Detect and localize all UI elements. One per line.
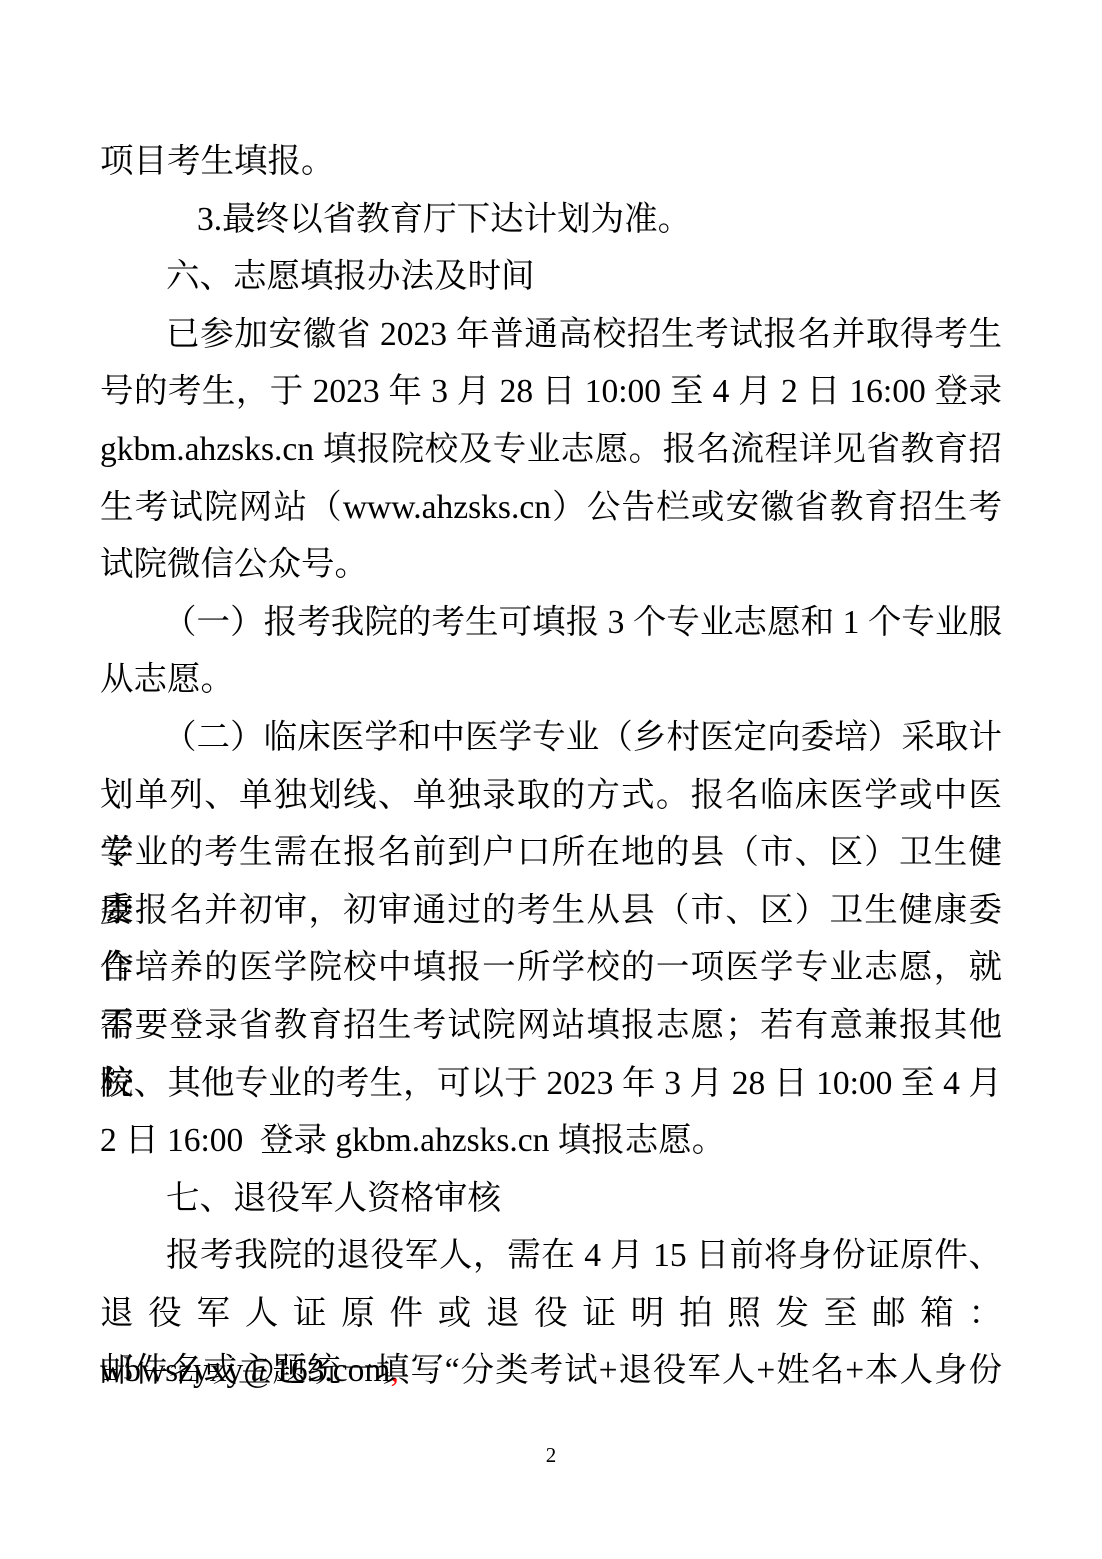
text-line-6: gkbm.ahzsks.cn 填报院校及专业志愿。报名流程详见省教育招	[100, 421, 1002, 479]
text-line-1: 项目考生填报。	[100, 133, 1002, 191]
text-run: 号的考生，于 2023 年 3 月 28 日 10:00 至 4 月 2 日 1…	[100, 373, 1002, 410]
text-line-7: 生考试院网站（www.ahzsks.cn）公告栏或安徽省教育招生考	[100, 479, 1002, 537]
text-run: 校、其他专业的考生，可以于 2023 年 3 月 28 日 10:00 至 4 …	[100, 1065, 1002, 1102]
text-run: 报考我院的退役军人，需在 4 月 15 日前将身份证原件、	[166, 1237, 1002, 1274]
text-run: 六、志愿填报办法及时间	[166, 258, 535, 295]
text-run: 项目考生填报。	[100, 143, 335, 180]
text-line-15: 作培养的医学院校中填报一所学校的一项医学专业志愿，就不	[100, 939, 1002, 997]
text-line-17: 校、其他专业的考生，可以于 2023 年 3 月 28 日 10:00 至 4 …	[100, 1055, 1002, 1113]
text-line-2: 3.最终以省教育厅下达计划为准。	[100, 191, 1002, 249]
document-page: 项目考生填报。3.最终以省教育厅下达计划为准。六、志愿填报办法及时间已参加安徽省…	[0, 0, 1102, 1559]
text-line-13: 专业的考生需在报名前到户口所在地的县（市、区）卫生健康	[100, 824, 1002, 882]
text-run: 2 日 16:00 登录 gkbm.ahzsks.cn 填报志愿。	[100, 1122, 725, 1159]
page-number: 2	[0, 1440, 1102, 1470]
text-line-9: （一）报考我院的考生可填报 3 个专业志愿和 1 个专业服	[100, 594, 1002, 652]
text-line-5: 号的考生，于 2023 年 3 月 28 日 10:00 至 4 月 2 日 1…	[100, 363, 1002, 421]
text-run: 七、退役军人资格审核	[166, 1180, 501, 1217]
text-run: 已参加安徽省 2023 年普通高校招生考试报名并取得考生	[166, 316, 1002, 353]
text-run: 邮件名或主题统一填写“分类考试+退役军人+姓名+本人身份	[100, 1352, 1002, 1389]
text-line-16: 需要登录省教育招生考试院网站填报志愿；若有意兼报其他院	[100, 997, 1002, 1055]
text-line-14: 委报名并初审，初审通过的考生从县（市、区）卫生健康委合	[100, 882, 1002, 940]
text-line-19: 七、退役军人资格审核	[100, 1170, 1002, 1228]
text-line-12: 划单列、单独划线、单独录取的方式。报名临床医学或中医学	[100, 767, 1002, 825]
text-line-3: 六、志愿填报办法及时间	[100, 248, 1002, 306]
text-run: 从志愿。	[100, 661, 234, 698]
text-run: 试院微信公众号。	[100, 546, 368, 583]
text-line-8: 试院微信公众号。	[100, 536, 1002, 594]
text-run: 生考试院网站（www.ahzsks.cn）公告栏或安徽省教育招生考	[100, 489, 1002, 526]
text-run: 3.最终以省教育厅下达计划为准。	[197, 201, 691, 238]
text-run: （一）报考我院的考生可填报 3 个专业志愿和 1 个专业服	[163, 604, 1002, 641]
text-line-4: 已参加安徽省 2023 年普通高校招生考试报名并取得考生	[100, 306, 1002, 364]
text-line-20: 报考我院的退役军人，需在 4 月 15 日前将身份证原件、	[100, 1227, 1002, 1285]
text-line-10: 从志愿。	[100, 651, 1002, 709]
text-run: （二）临床医学和中医学专业（乡村医定向委培）采取计	[163, 719, 1002, 756]
document-body: 项目考生填报。3.最终以省教育厅下达计划为准。六、志愿填报办法及时间已参加安徽省…	[100, 133, 1002, 1400]
text-run: gkbm.ahzsks.cn 填报院校及专业志愿。报名流程详见省教育招	[100, 431, 1002, 468]
text-line-22: 邮件名或主题统一填写“分类考试+退役军人+姓名+本人身份	[100, 1342, 1002, 1400]
text-line-11: （二）临床医学和中医学专业（乡村医定向委培）采取计	[100, 709, 1002, 767]
text-line-21: 退役军人证原件或退役证明拍照发至邮箱：wbwszyxy@163.com,	[100, 1285, 1002, 1343]
text-line-18: 2 日 16:00 登录 gkbm.ahzsks.cn 填报志愿。	[100, 1112, 1002, 1170]
